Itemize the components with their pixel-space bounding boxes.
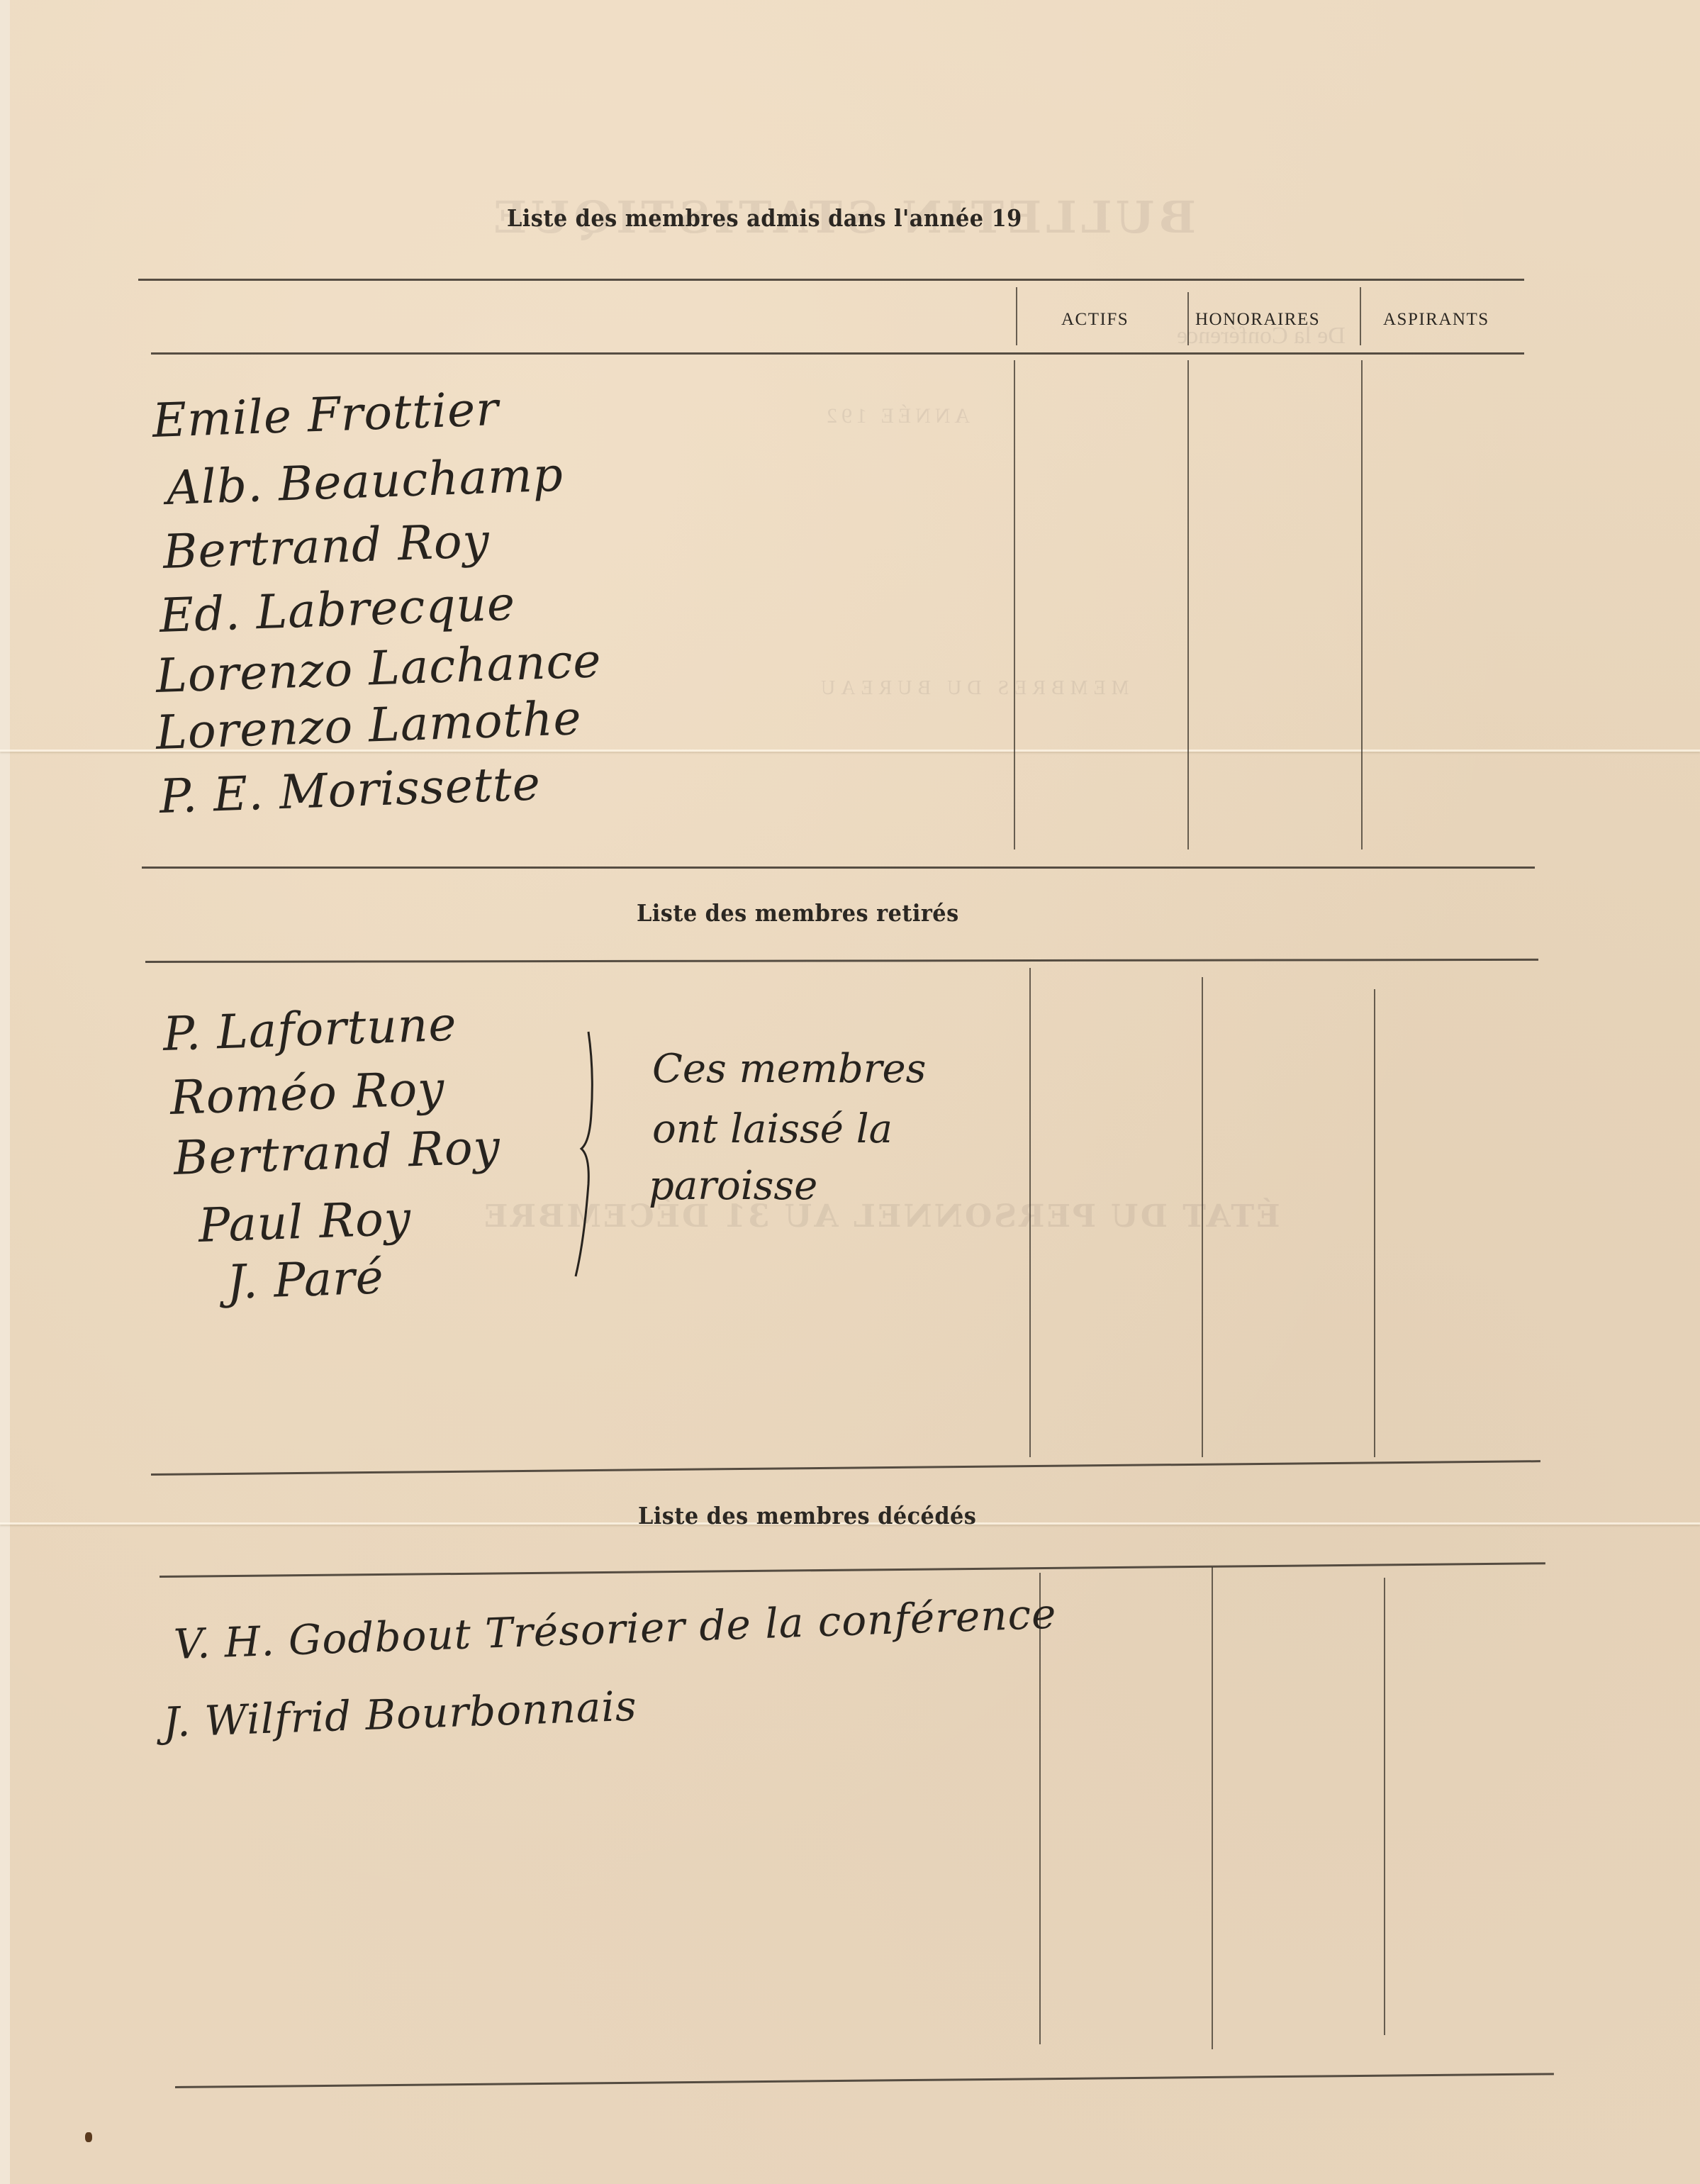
rule-top — [160, 1562, 1545, 1578]
note-line: ont laissé la — [652, 1106, 893, 1152]
member-entry: J. Wilfrid Bourbonnais — [162, 1682, 638, 1746]
column-divider — [1039, 1573, 1041, 2044]
brace-icon — [560, 1028, 603, 1283]
column-divider — [1014, 360, 1015, 849]
member-entry: P. E. Morissette — [159, 756, 542, 824]
ink-spot — [85, 2132, 92, 2142]
show-through-year: ANNÉE 192 — [822, 404, 970, 428]
member-entry: Roméo Roy — [169, 1061, 446, 1125]
rule-top — [145, 959, 1538, 963]
column-divider — [1360, 287, 1361, 345]
member-entry: V. H. Godbout Trésorier de la conférence — [173, 1590, 1058, 1668]
note-line: Ces membres — [652, 1046, 926, 1092]
section-title-admis: Liste des membres admis dans l'année 19 — [507, 204, 1022, 232]
column-divider — [1016, 287, 1017, 345]
paper-edge — [0, 0, 10, 2184]
column-divider — [1212, 1567, 1213, 2049]
member-entry: J. Paré — [226, 1249, 385, 1310]
member-entry: Bertrand Roy — [162, 513, 491, 579]
member-entry: Paul Roy — [198, 1191, 413, 1253]
show-through-bureau: MEMBRES DU BUREAU — [815, 677, 1129, 700]
column-header-actifs: ACTIFS — [1061, 310, 1129, 330]
member-entry: Alb. Beauchamp — [166, 447, 564, 515]
rule-section-end — [151, 1460, 1540, 1476]
column-divider — [1384, 1578, 1385, 2035]
member-entry: Ed. Labrecque — [159, 576, 517, 642]
rule-section-end — [142, 867, 1535, 869]
member-entry: Emile Frottier — [152, 381, 500, 448]
member-entry: Bertrand Roy — [173, 1120, 501, 1186]
note-line: paroisse — [649, 1163, 817, 1209]
rule-header-bottom — [151, 352, 1524, 355]
column-divider — [1202, 977, 1203, 1457]
column-divider — [1029, 968, 1031, 1457]
column-header-honoraires: HONORAIRES — [1195, 310, 1320, 330]
column-divider — [1187, 360, 1189, 849]
rule-top — [138, 279, 1524, 281]
section-title-decedes: Liste des membres décédés — [638, 1502, 976, 1530]
rule-bottom — [175, 2073, 1554, 2088]
column-divider — [1361, 360, 1363, 849]
member-entry: P. Lafortune — [162, 997, 458, 1062]
section-title-retires: Liste des membres retirés — [637, 899, 959, 927]
column-divider — [1374, 989, 1375, 1457]
column-divider — [1187, 292, 1189, 345]
column-header-aspirants: ASPIRANTS — [1383, 310, 1489, 330]
